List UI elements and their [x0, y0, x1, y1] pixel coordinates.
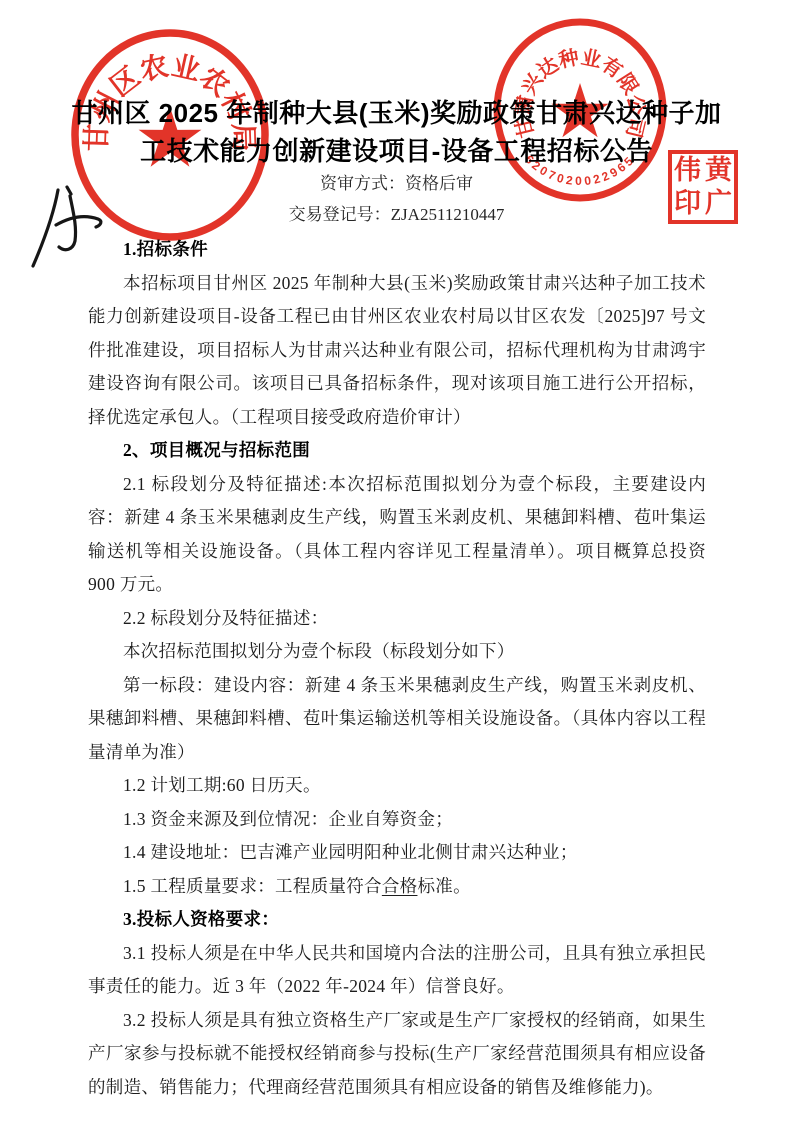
square-name-seal: 伟 黄 印 广	[668, 150, 738, 224]
handwritten-signature	[18, 178, 114, 278]
seal-star-icon	[139, 107, 202, 167]
square-seal-char: 伟	[674, 157, 701, 184]
document-body: 1.招标条件 本招标项目甘州区 2025 年制种大县(玉米)奖励政策甘肃兴达种子…	[88, 233, 706, 1104]
square-seal-char: 印	[674, 190, 701, 217]
quality-requirement-prefix: 1.5 工程质量要求：工程质量符合	[123, 876, 382, 896]
quality-requirement-suffix: 标准。	[417, 876, 470, 896]
para-bidder-qualification-1: 3.1 投标人须是在中华人民共和国境内合法的注册公司，且具有独立承担民事责任的能…	[88, 937, 706, 1004]
square-seal-char: 广	[705, 190, 732, 217]
para-construction-period: 1.2 计划工期:60 日历天。	[88, 769, 706, 803]
para-quality-requirement: 1.5 工程质量要求：工程质量符合合格标准。	[88, 870, 706, 904]
para-construction-site: 1.4 建设地址：巴吉滩产业园明阳种业北侧甘肃兴达种业；	[88, 836, 706, 870]
square-seal-char: 黄	[705, 157, 732, 184]
para-funding-source: 1.3 资金来源及到位情况：企业自筹资金；	[88, 803, 706, 837]
para-first-section: 第一标段：建设内容：新建 4 条玉米果穗剥皮生产线，购置玉米剥皮机、果穗卸料槽、…	[88, 669, 706, 770]
heading-project-overview: 2、项目概况与招标范围	[88, 434, 706, 468]
quality-requirement-underlined: 合格	[382, 876, 418, 896]
para-section-division-2: 2.2 标段划分及特征描述：	[88, 602, 706, 636]
para-single-section: 本次招标范围拟划分为壹个标段（标段划分如下）	[88, 635, 706, 669]
document-page: 甘州区 2025 年制种大县(玉米)奖励政策甘肃兴达种子加 工技术能力创新建设项…	[0, 0, 793, 1122]
seal-star-icon	[551, 83, 608, 137]
para-section-division: 2.1 标段划分及特征描述:本次招标范围拟划分为壹个标段，主要建设内容：新建 4…	[88, 468, 706, 602]
para-bidder-qualification-2: 3.2 投标人须是具有独立资格生产厂家或是生产厂家授权的经销商，如果生产厂家参与…	[88, 1004, 706, 1105]
heading-bidder-qualification: 3.投标人资格要求：	[88, 903, 706, 937]
right-round-seal: 甘肃兴达种业有限公司 6207020022965	[492, 16, 668, 204]
para-bid-conditions: 本招标项目甘州区 2025 年制种大县(玉米)奖励政策甘肃兴达种子加工技术能力创…	[88, 267, 706, 435]
